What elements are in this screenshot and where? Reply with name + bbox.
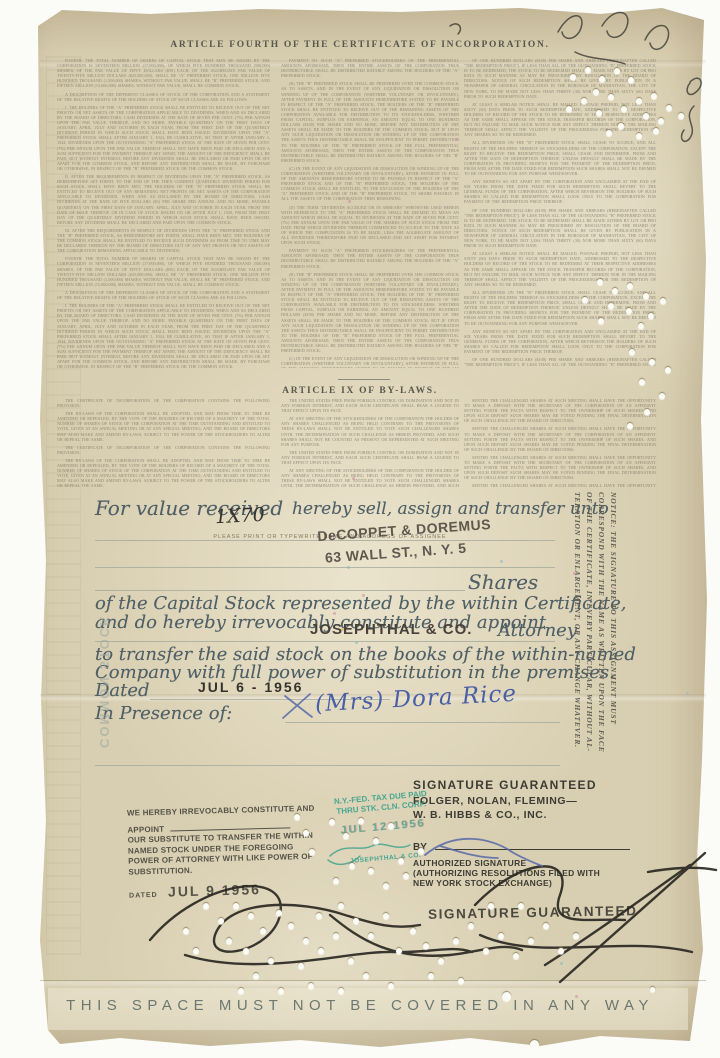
stock-certificate-back: ARTICLE FOURTH OF THE CERTIFICATE OF INC… <box>0 0 720 1058</box>
color-specks <box>0 0 720 1058</box>
